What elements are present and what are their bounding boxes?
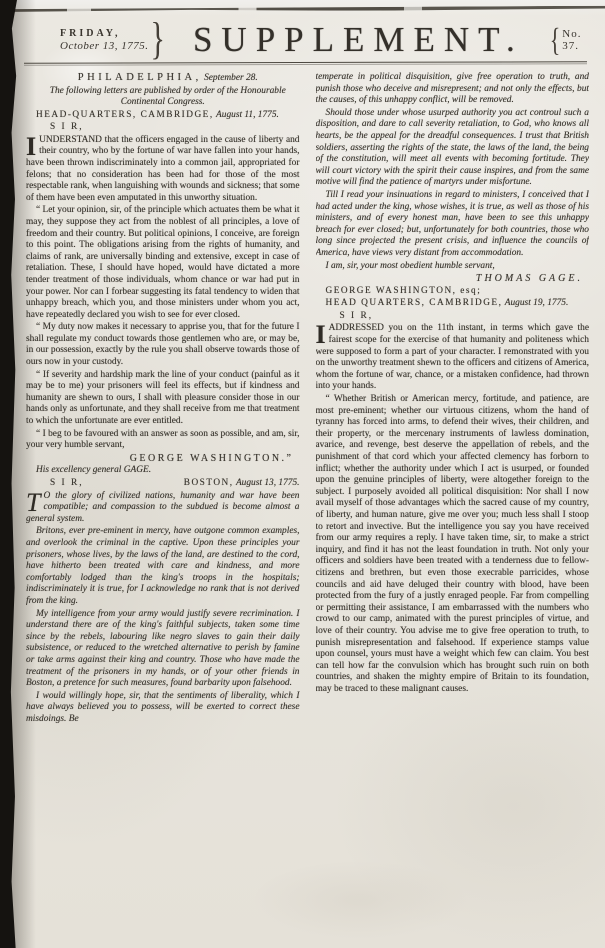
masthead: FRIDAY, October 13, 1775. } SUPPLEMENT. …: [60, 18, 595, 62]
letter2-cont-para: temperate in political disquisition, giv…: [316, 72, 590, 107]
letter3-addressee: GEORGE WASHINGTON, esq;: [316, 286, 590, 298]
letter3-date: August 19, 1775.: [505, 298, 569, 308]
letter2-salutation: S I R,: [26, 478, 84, 490]
issue-number: No. 37.: [562, 28, 595, 52]
brace-glyph: {: [550, 18, 561, 63]
letter2-cont-para: Should those under whose usurped authori…: [316, 108, 590, 189]
gage-signature: THOMAS GAGE.: [316, 273, 590, 285]
letter1-date: August 11, 1775.: [216, 110, 279, 120]
page-title: SUPPLEMENT.: [193, 20, 524, 60]
letter2-para: TO the glory of civilized nations, human…: [26, 491, 300, 526]
letter1-place: HEAD-QUARTERS, CAMBRIDGE,: [36, 110, 214, 120]
masthead-day: FRIDAY,: [60, 27, 149, 40]
dropcap-initial: I: [26, 135, 39, 157]
torn-paper-edge: [14, 6, 605, 13]
brace-glyph: }: [151, 18, 165, 63]
letter2-place-date: BOSTON, August 13, 1775.: [174, 478, 300, 490]
letter2-date: August 13, 1775.: [236, 478, 300, 488]
newspaper-page-scan: FRIDAY, October 13, 1775. } SUPPLEMENT. …: [0, 0, 605, 948]
letter3-para: “ Whether British or American mercy, for…: [316, 394, 590, 695]
letter1-salutation: S I R,: [26, 122, 300, 134]
letter1-addressee: His excellency general GAGE.: [26, 465, 300, 477]
letter2-para: Britons, ever pre-eminent in mercy, have…: [26, 526, 300, 607]
letter2-place: BOSTON,: [184, 478, 234, 488]
letter3-salutation: S I R,: [316, 311, 590, 323]
letter2-closing: I am, sir, your most obedient humble ser…: [316, 261, 590, 273]
dateline-philadelphia: PHILADELPHIA, September 28.: [26, 72, 300, 85]
dateline-date: September 28.: [204, 73, 258, 83]
masthead-rule: [24, 61, 587, 63]
letter3-para: IADDRESSED you on the 11th instant, in t…: [316, 323, 590, 393]
editorial-note: The following letters are published by o…: [26, 86, 300, 109]
letter2-cont-para: Till I read your insinuations in regard …: [316, 190, 590, 260]
dateline-city: PHILADELPHIA,: [78, 72, 202, 83]
letter1-heading: HEAD-QUARTERS, CAMBRIDGE, August 11, 177…: [26, 110, 300, 122]
letter3-place: HEAD QUARTERS, CAMBRIDGE,: [326, 298, 503, 308]
body-columns: PHILADELPHIA, September 28. The followin…: [26, 72, 589, 914]
dropcap-initial: T: [26, 491, 43, 513]
left-column: PHILADELPHIA, September 28. The followin…: [26, 72, 300, 914]
washington-signature: GEORGE WASHINGTON.”: [26, 453, 300, 465]
letter1-para: “ If severity and hardship mark the line…: [26, 370, 300, 428]
letter2-para: I would willingly hope, sir, that the se…: [26, 691, 300, 726]
dropcap-initial: I: [316, 323, 329, 345]
letter3-heading: HEAD QUARTERS, CAMBRIDGE, August 19, 177…: [316, 298, 590, 310]
letter1-para: “ My duty now makes it necessary to appr…: [26, 322, 300, 368]
right-column: temperate in political disquisition, giv…: [316, 72, 590, 914]
letter1-para: “ I beg to be favoured with an answer as…: [26, 429, 300, 452]
letter2-para: My intelligence from your army would jus…: [26, 609, 300, 690]
masthead-dateline: FRIDAY, October 13, 1775.: [60, 27, 149, 53]
letter1-para: IUNDERSTAND that the officers engaged in…: [26, 135, 300, 205]
letter2-salutation-line: S I R, BOSTON, August 13, 1775.: [26, 478, 300, 490]
masthead-date: October 13, 1775.: [60, 40, 149, 53]
letter1-para: “ Let your opinion, sir, of the principl…: [26, 205, 300, 321]
